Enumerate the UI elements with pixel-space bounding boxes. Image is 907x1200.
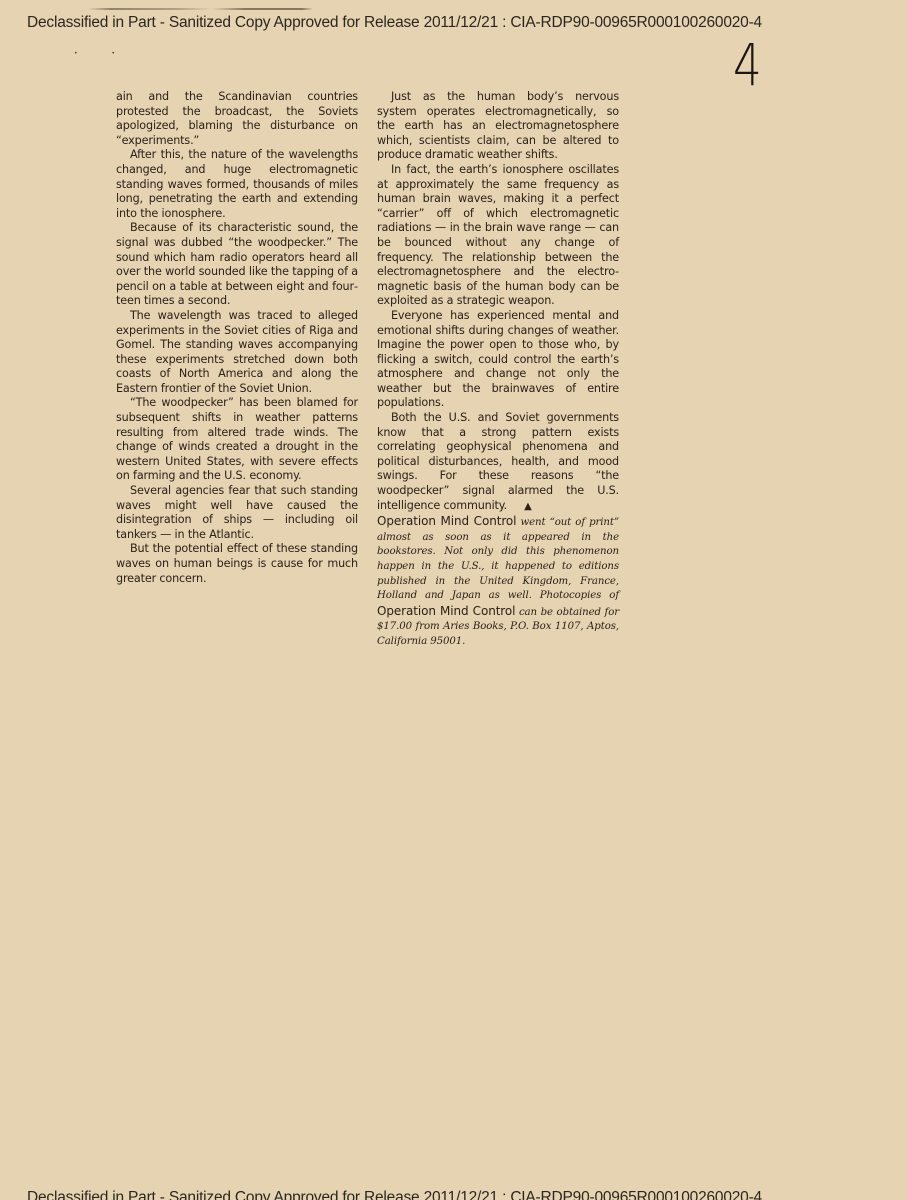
- scan-specks: • •: [74, 50, 131, 57]
- article-left-column: ain and the Scandinavian countries prote…: [116, 90, 358, 586]
- paragraph: Several agencies fear that such stand­in…: [116, 484, 358, 542]
- paragraph-with-end-mark: Both the U.S. and Soviet govern­ments kn…: [377, 411, 619, 514]
- publisher-note: Operation Mind Control went “out of prin…: [377, 514, 619, 649]
- article-right-column: Just as the human body’s nervous system …: [377, 90, 619, 650]
- paragraph: Both the U.S. and Soviet govern­ments kn…: [377, 411, 619, 512]
- paragraph: Just as the human body’s nervous system …: [377, 90, 619, 163]
- paragraph: After this, the nature of the wave­lengt…: [116, 148, 358, 221]
- scan-artifact-line: [88, 8, 313, 10]
- book-title: Operation Mind Control: [377, 604, 515, 618]
- paragraph: The wavelength was traced to alleged exp…: [116, 309, 358, 397]
- handwritten-page-number: 4: [733, 36, 762, 94]
- paragraph: ain and the Scandinavian countries prote…: [116, 90, 358, 148]
- declassification-header: Declassified in Part - Sanitized Copy Ap…: [27, 14, 762, 32]
- declassification-footer: Declassified in Part - Sanitized Copy Ap…: [27, 1189, 762, 1200]
- paragraph: In fact, the earth’s ionosphere oscil­la…: [377, 163, 619, 309]
- end-of-article-triangle-icon: ▲: [510, 500, 532, 515]
- paragraph: But the potential effect of these standi…: [116, 542, 358, 586]
- note-text: went “out of print” almost as soon as it…: [377, 517, 619, 601]
- book-title: Operation Mind Control: [377, 514, 516, 528]
- paragraph: Everyone has experienced mental and emot…: [377, 309, 619, 411]
- paragraph: “The woodpecker” has been blamed for sub…: [116, 396, 358, 484]
- paragraph: Because of its characteristic sound, the…: [116, 221, 358, 309]
